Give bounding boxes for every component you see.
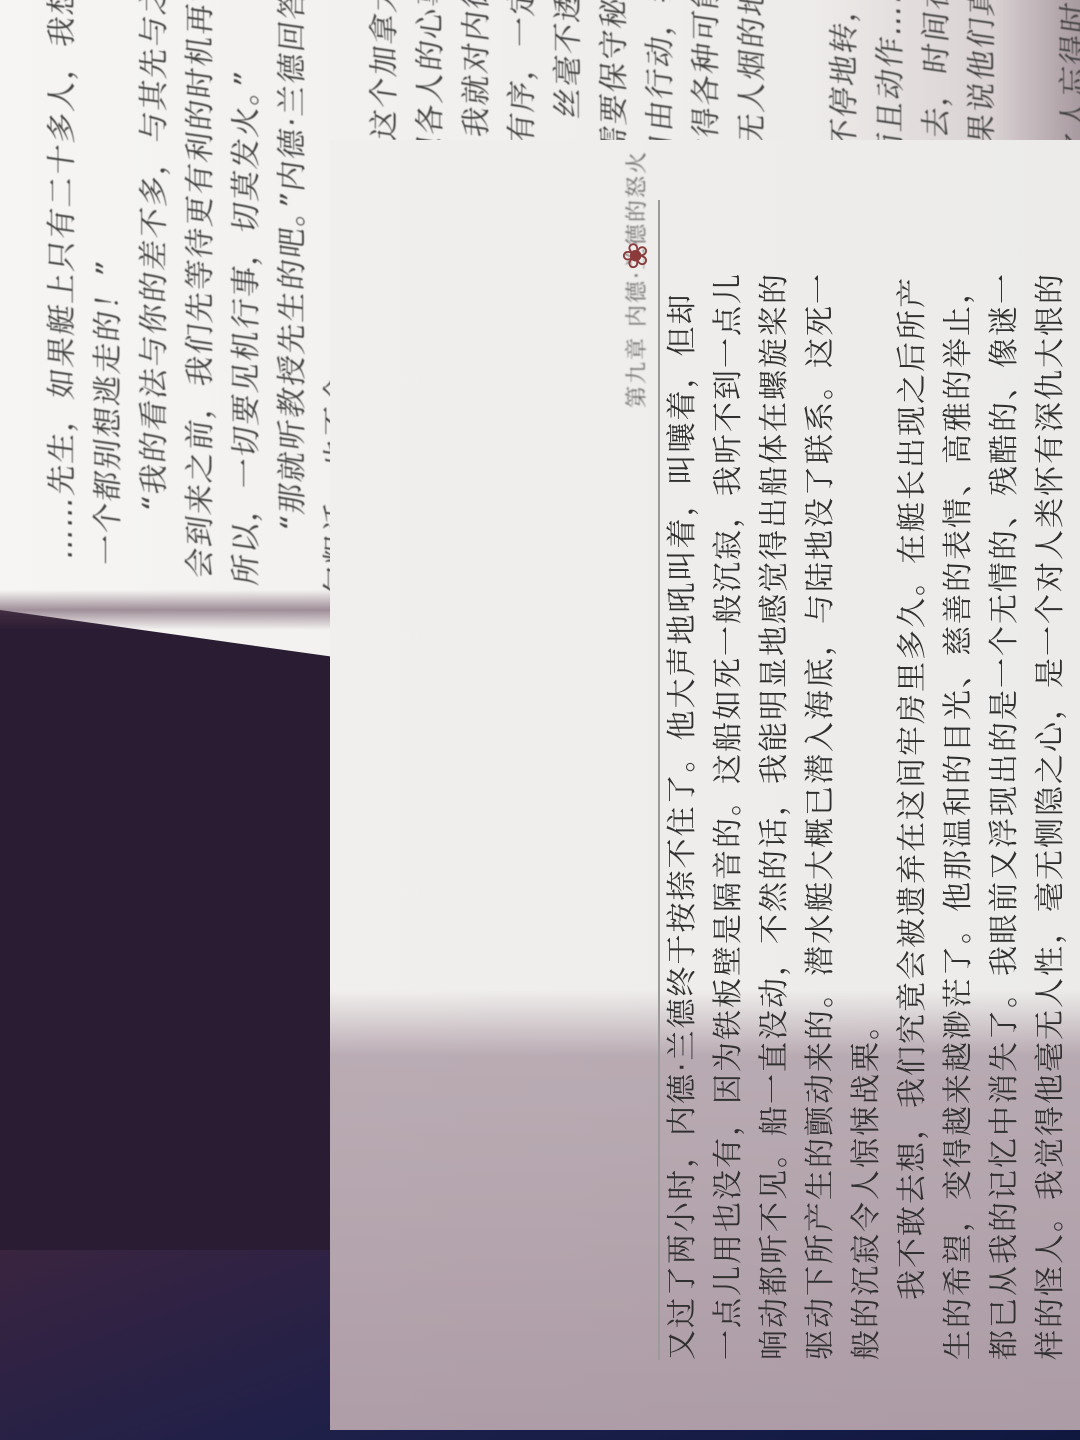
- right-page: 第九章 内德·兰德的怒火 ❀ 又过了两小时，内德·兰德终于按捺不住了。他大声地吼…: [330, 140, 1080, 1430]
- paragraph: “我的看法与你的差不多，与其先与之争论要好。因此，我只是同意在机会到来之前，我们…: [132, 0, 270, 588]
- paragraph: ……先生，如果艇上只有二十多人，我想他们是没有什么……不会大打出手，一个都别想逃…: [40, 0, 132, 569]
- flower-ornament-icon: ❀: [616, 242, 656, 271]
- paragraph: 又过了两小时，内德·兰德终于按捺不住了。他大声地吼叫着，叫嚷着，但却一点儿用也没…: [660, 270, 890, 1360]
- paragraph: 我不敢去想，我们究竟会被遗弃在这间牢房里多久。在艇长出现之后所产生的希望，变得越…: [890, 270, 1080, 1360]
- right-page-body: 又过了两小时，内德·兰德终于按捺不住了。他大声地吼叫着，叫嚷着，但却一点儿用也没…: [660, 270, 1080, 1360]
- running-header: 第九章 内德·兰德的怒火: [620, 150, 660, 710]
